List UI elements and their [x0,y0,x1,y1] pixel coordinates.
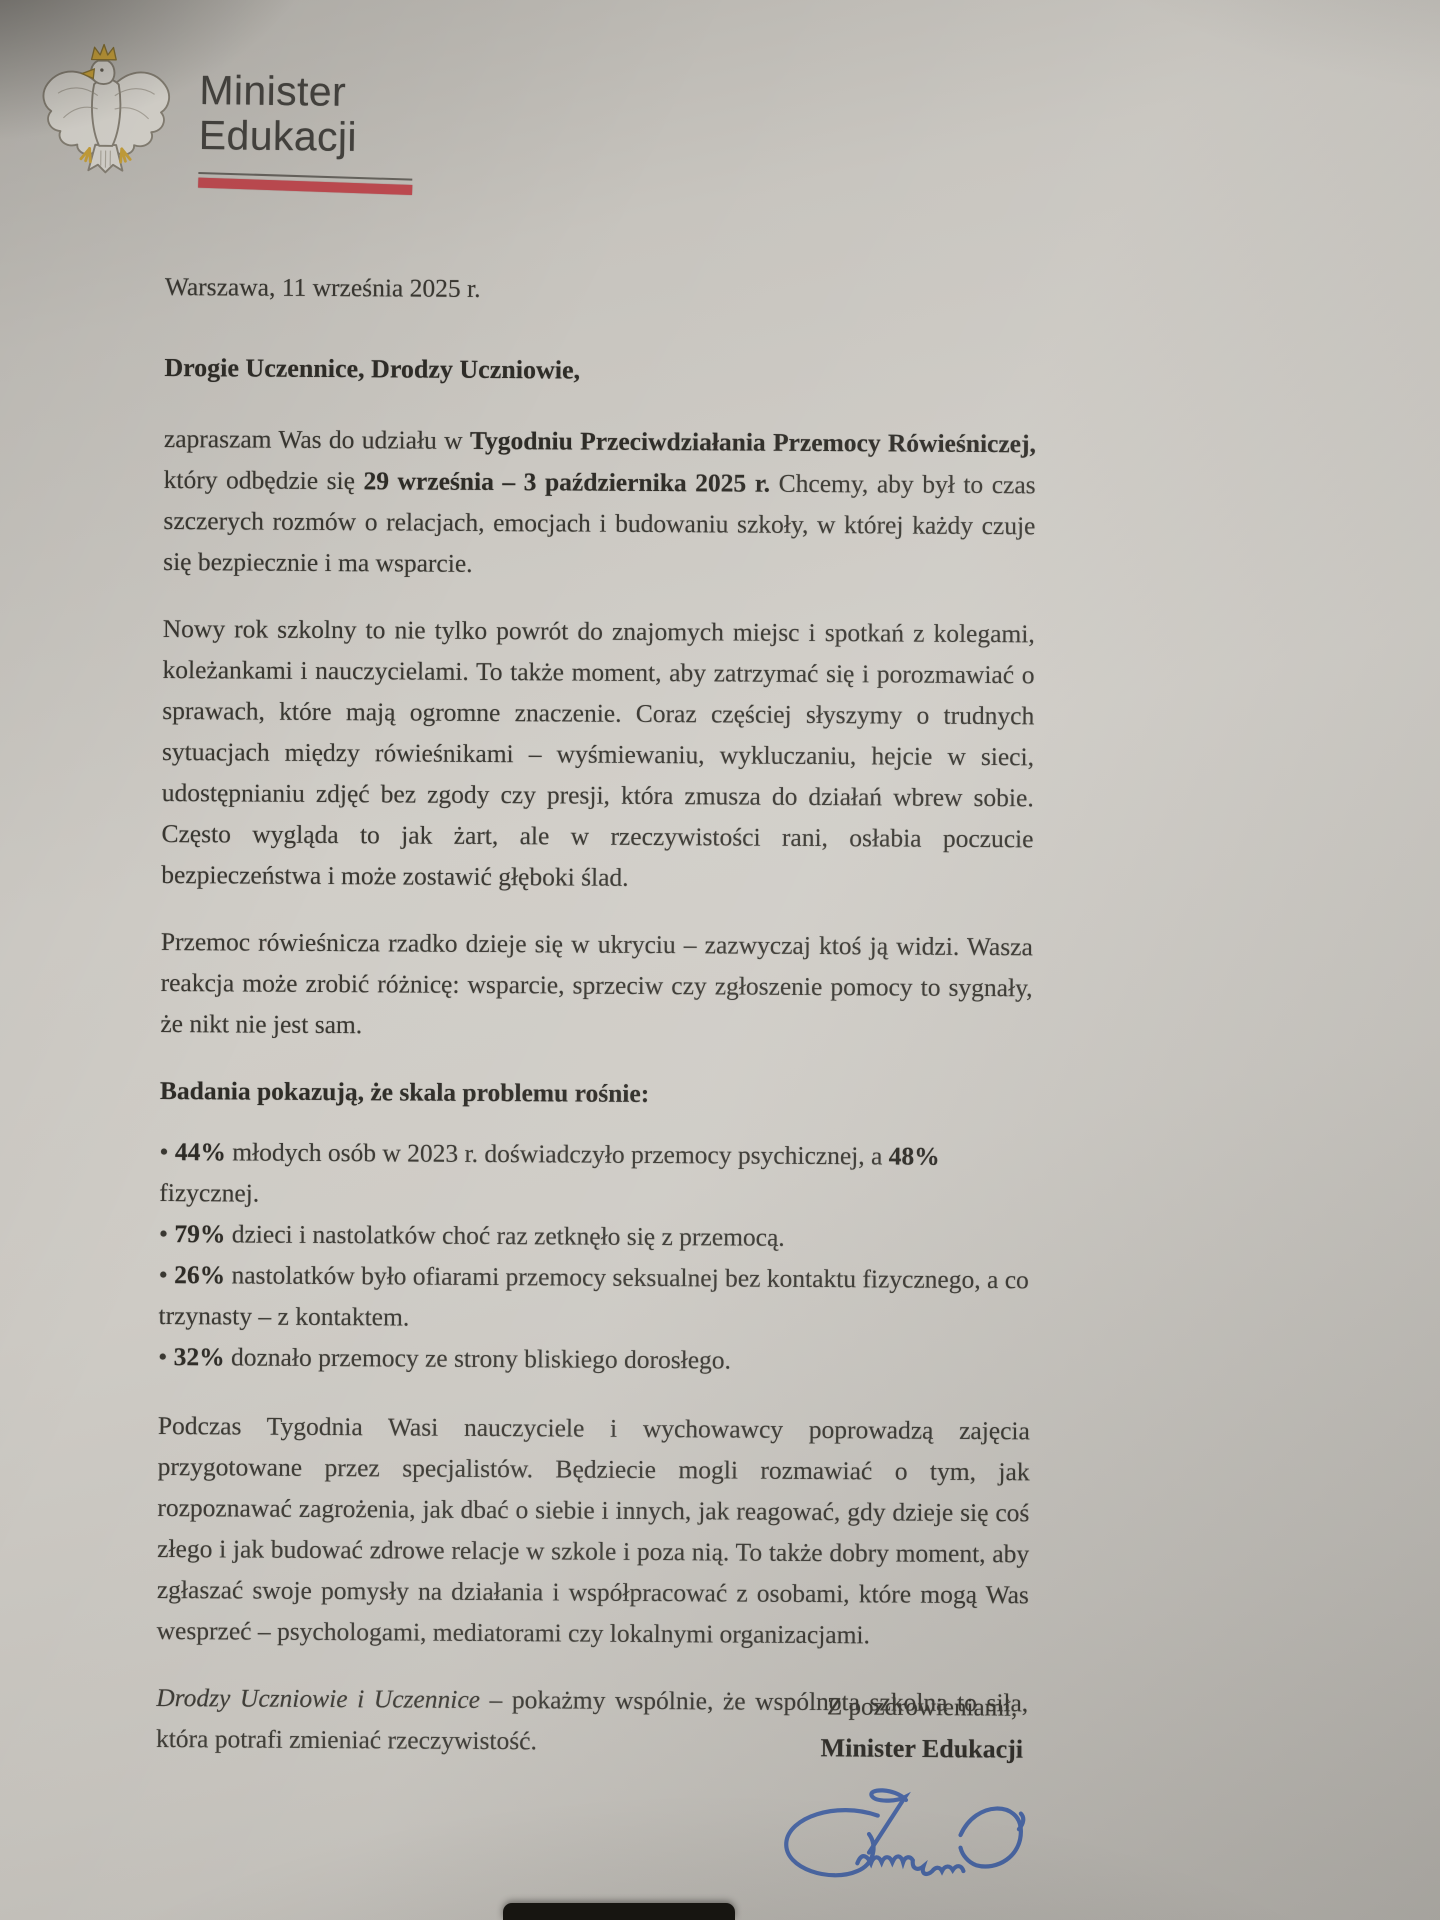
statistics-heading: Badania pokazują, że skala problemu rośn… [160,1070,1032,1116]
week-activities-paragraph: Podczas Tygodnia Wasi nauczyciele i wych… [157,1405,1030,1656]
flag-rule-red-bar [198,178,412,195]
photographed-letter: Minister Edukacji Warszawa, 11 września … [0,0,1440,1920]
polish-eagle-emblem [34,38,178,182]
eagle-crown [92,44,117,59]
intro-paragraph: zapraszam Was do udziału w Tygodniu Prze… [163,418,1036,587]
bystander-paragraph: Przemoc rówieśnicza rzadko dzieje się w … [160,921,1033,1049]
letterhead: Minister Edukacji [34,38,414,193]
closing-signatory: Minister Edukacji [812,1727,1032,1771]
salutation: Drogie Uczennice, Drodzy Uczniowie, [164,347,1036,393]
ministry-wordmark: Minister Edukacji [198,40,414,193]
wordmark-line2: Edukacji [199,113,414,161]
wordmark-line1: Minister [199,68,414,116]
dateline: Warszawa, 11 września 2025 r. [165,266,1037,312]
stat-any-violence: • 79% dzieci i nastolatków choć raz zetk… [159,1213,1031,1259]
closing-block: Z pozdrowieniami, Minister Edukacji [812,1687,1033,1771]
stat-adult: • 32% doznało przemocy ze strony bliskie… [158,1336,1030,1382]
photo-background-edge [503,1903,735,1920]
stat-psychological: • 44% młodych osób w 2023 r. doświadczył… [159,1131,1031,1218]
letter-body: Warszawa, 11 września 2025 r. Drogie Ucz… [156,266,1037,1790]
school-year-paragraph: Nowy rok szkolny to nie tylko powrót do … [161,608,1035,900]
paragraphs: zapraszam Was do udziału w Tygodniu Prze… [156,418,1036,1764]
handwritten-signature [760,1778,1052,1896]
closing-salutation: Z pozdrowieniami, [812,1687,1032,1729]
stat-sexual: • 26% nastolatków było ofiarami przemocy… [158,1254,1030,1341]
flag-rule [198,174,412,193]
